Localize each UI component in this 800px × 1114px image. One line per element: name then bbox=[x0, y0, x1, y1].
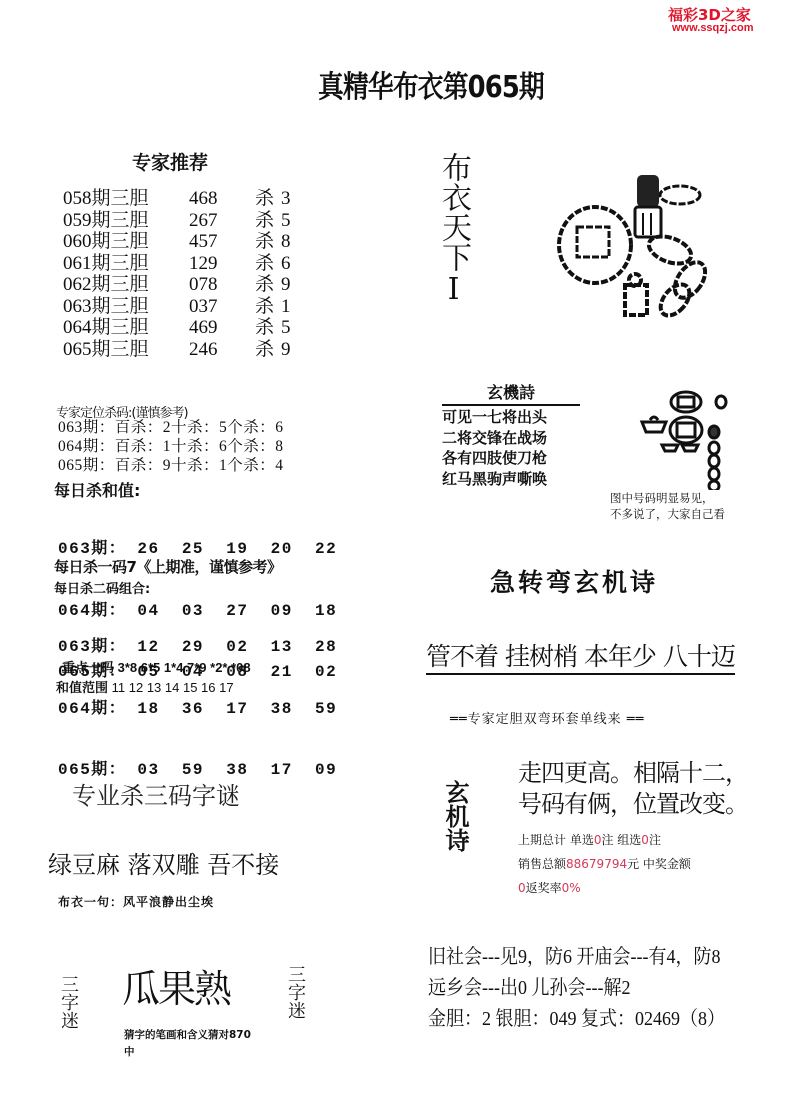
sketch-objects-icon bbox=[555, 165, 735, 325]
stats-label: 元 中奖金额 bbox=[627, 857, 691, 871]
site-url: www.ssqzj.com bbox=[672, 22, 754, 34]
pick-numbers: 469 bbox=[189, 317, 255, 339]
pick-numbers: 078 bbox=[189, 274, 255, 296]
jizhuan-title: 急转弯玄机诗 bbox=[490, 563, 658, 599]
pick-numbers: 246 bbox=[189, 339, 255, 361]
list-item: 063期三胆037杀1 bbox=[63, 296, 291, 318]
pick-numbers: 267 bbox=[189, 210, 255, 232]
kill-number: 9 bbox=[281, 339, 291, 361]
expert-dan-line: ══专家定胆双弯环套单线来 ══ bbox=[450, 708, 644, 727]
period-label: 059期三胆 bbox=[63, 210, 189, 232]
stats-label: 注 bbox=[649, 833, 661, 847]
poem-line: 红马黑驹声嘶唤 bbox=[442, 469, 580, 490]
picture-puzzle-coins bbox=[638, 390, 738, 490]
period-label: 063期三胆 bbox=[63, 296, 189, 318]
period-label: 064期三胆 bbox=[63, 317, 189, 339]
stats-label: 销售总额 bbox=[518, 857, 566, 871]
pick-numbers: 037 bbox=[189, 296, 255, 318]
buyi-tianxia-label: 布衣天下I bbox=[436, 152, 471, 307]
sum-range: 和值范围 11 12 13 14 15 16 17 bbox=[56, 677, 234, 696]
riddle-title: 专业杀三码字谜 bbox=[72, 776, 240, 811]
list-item: 063期：百杀：2十杀：5个杀：6 bbox=[58, 418, 284, 437]
hint-line: 远乡会---出0 儿孙会---解2 bbox=[428, 973, 725, 1004]
return-rate: 0% bbox=[562, 881, 581, 895]
kill-label: 杀 bbox=[255, 253, 281, 275]
kill-label: 杀 bbox=[255, 296, 281, 318]
kill-label: 杀 bbox=[255, 317, 281, 339]
list-item: 064期： 18 36 17 38 59 bbox=[58, 699, 337, 720]
kill-number: 8 bbox=[281, 231, 291, 253]
kill-number: 5 bbox=[281, 317, 291, 339]
group-count: 0 bbox=[641, 833, 649, 847]
kill-label: 杀 bbox=[255, 231, 281, 253]
period-label: 062期三胆 bbox=[63, 274, 189, 296]
caption-line: 不多说了，大家自己看 bbox=[610, 506, 725, 522]
sales-amount: 88679794 bbox=[566, 857, 627, 871]
stats-line-3: 0返奖率0% bbox=[518, 876, 691, 900]
list-item: 064期三胆469杀5 bbox=[63, 317, 291, 339]
sum-range-label: 和值范围 bbox=[56, 681, 108, 696]
list-item: 059期三胆267杀5 bbox=[63, 210, 291, 232]
daily-kill-two-title: 每日杀二码组合: bbox=[54, 578, 150, 597]
daily-kill-one-code: 每日杀一码7《上期准，谨慎参考》 bbox=[54, 556, 281, 577]
expert-recommend-title: 专家推荐 bbox=[132, 148, 208, 175]
daily-kill-two-list: 063期： 12 29 02 13 28 064期： 18 36 17 38 5… bbox=[58, 596, 337, 801]
poem-line: 各有四肢使刀枪 bbox=[442, 448, 580, 469]
xuanji-poem-title: 玄機詩 bbox=[442, 380, 580, 406]
prize-amount: 0 bbox=[518, 881, 526, 895]
caption-line: 图中号码明显易见， bbox=[610, 490, 725, 506]
pick-numbers: 468 bbox=[189, 188, 255, 210]
list-item: 063期： 12 29 02 13 28 bbox=[58, 637, 337, 658]
riddle-side-label-left: 三字迷 bbox=[58, 975, 78, 1029]
period-label: 065期三胆 bbox=[63, 339, 189, 361]
riddle-hint: 猜字的笔画和含义猜对870中 bbox=[124, 1027, 254, 1061]
list-item: 064期：百杀：1十杀：6个杀：8 bbox=[58, 437, 284, 456]
kill-number: 1 bbox=[281, 296, 291, 318]
poem-line: 号码有俩，位置改变。 bbox=[518, 789, 748, 820]
jizhuan-riddle: 管不着 挂树梢 本年少 八十迈 bbox=[426, 637, 735, 675]
kill-number: 5 bbox=[281, 210, 291, 232]
list-item: 058期三胆468杀3 bbox=[63, 188, 291, 210]
poem-line: 走四更高。相隔十二， bbox=[518, 758, 748, 789]
period-label: 061期三胆 bbox=[63, 253, 189, 275]
stats-line-2: 销售总额88679794元 中奖金额 bbox=[518, 852, 691, 876]
picture-puzzle-objects bbox=[555, 165, 735, 325]
period-label: 058期三胆 bbox=[63, 188, 189, 210]
picture-caption: 图中号码明显易见， 不多说了，大家自己看 bbox=[610, 490, 725, 522]
gold-silver-dan-line: 金胆：2 银胆：049 复式：02469（8） bbox=[428, 1004, 725, 1035]
kill-number: 9 bbox=[281, 274, 291, 296]
kill-label: 杀 bbox=[255, 210, 281, 232]
stats-label: 上期总计 单选 bbox=[518, 833, 594, 847]
list-item: 061期三胆129杀6 bbox=[63, 253, 291, 275]
position-kill-list: 063期：百杀：2十杀：5个杀：6 064期：百杀：1十杀：6个杀：8 065期… bbox=[58, 418, 284, 475]
poem-line: 可见一七将出头 bbox=[442, 407, 580, 428]
buyi-saying: 布衣一句：风平浪静出尘埃 bbox=[58, 893, 214, 910]
riddle-side-label-right: 三字迷 bbox=[285, 965, 305, 1019]
kill-label: 杀 bbox=[255, 274, 281, 296]
poem-line: 二将交锋在战场 bbox=[442, 428, 580, 449]
hint-lines: 旧社会---见9，防6 开庙会---有4，防8 远乡会---出0 儿孙会---解… bbox=[428, 942, 725, 1035]
page-title: 真精华布衣第065期 bbox=[318, 62, 544, 106]
stats-label: 注 组选 bbox=[601, 833, 641, 847]
list-item: 065期三胆246杀9 bbox=[63, 339, 291, 361]
focus-code: 重点一码 3*8 6*5 1*4 7*9 *2* *08 bbox=[62, 657, 251, 676]
pick-numbers: 457 bbox=[189, 231, 255, 253]
kill-number: 6 bbox=[281, 253, 291, 275]
kill-label: 杀 bbox=[255, 339, 281, 361]
kill-label: 杀 bbox=[255, 188, 281, 210]
hint-line: 旧社会---见9，防6 开庙会---有4，防8 bbox=[428, 942, 725, 973]
list-item: 062期三胆078杀9 bbox=[63, 274, 291, 296]
kill-number: 3 bbox=[281, 188, 291, 210]
list-item: 065期：百杀：9十杀：1个杀：4 bbox=[58, 456, 284, 475]
riddle-words: 绿豆麻 落双雕 吾不接 bbox=[48, 845, 328, 880]
pick-numbers: 129 bbox=[189, 253, 255, 275]
sum-range-values: 11 12 13 14 15 16 17 bbox=[112, 680, 234, 695]
period-label: 060期三胆 bbox=[63, 231, 189, 253]
coins-ingots-icon bbox=[638, 390, 738, 490]
xuanji-poem-lines: 可见一七将出头 二将交锋在战场 各有四肢使刀枪 红马黑驹声嘶唤 bbox=[442, 407, 580, 489]
xuanji-poem-box: 玄機詩 可见一七将出头 二将交锋在战场 各有四肢使刀枪 红马黑驹声嘶唤 bbox=[442, 380, 580, 489]
xuanji-poem-2: 走四更高。相隔十二， 号码有俩，位置改变。 bbox=[518, 758, 748, 820]
riddle-main-word: 瓜果熟 bbox=[122, 958, 230, 1013]
last-period-stats: 上期总计 单选0注 组选0注 销售总额88679794元 中奖金额 0返奖率0% bbox=[518, 828, 691, 900]
xuanji-vertical-label: 玄机诗 bbox=[446, 780, 476, 852]
expert-recommend-list: 058期三胆468杀3 059期三胆267杀5 060期三胆457杀8 061期… bbox=[63, 188, 291, 360]
stats-line-1: 上期总计 单选0注 组选0注 bbox=[518, 828, 691, 852]
stats-label: 返奖率 bbox=[526, 881, 562, 895]
list-item: 060期三胆457杀8 bbox=[63, 231, 291, 253]
